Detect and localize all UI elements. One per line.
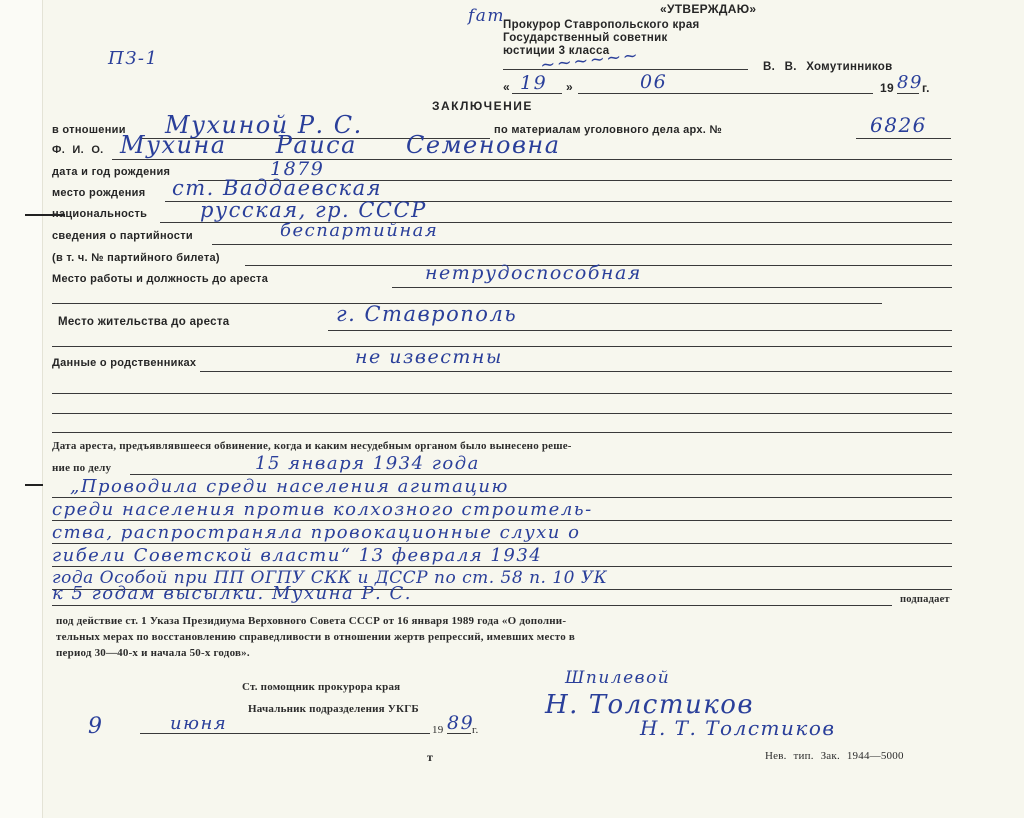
arrest-text-2: среди населения против колхозного строит… (52, 499, 593, 520)
approval-quote-open: « (503, 80, 510, 94)
case-number: 6826 (870, 113, 927, 137)
nationality-label: национальность (52, 208, 147, 220)
birthplace-label: место рождения (52, 187, 145, 199)
regarding-label: в отношении (52, 124, 126, 136)
footer-letter: т (427, 750, 433, 765)
birthdate-label: дата и год рождения (52, 166, 170, 178)
arrest-date: 15 января 1934 года (255, 453, 480, 474)
ukgb-head-name: Н. Т. Толстиков (640, 716, 836, 740)
sign-year-prefix: 19 (432, 724, 443, 736)
corner-note: ПЗ-1 (108, 48, 158, 69)
falls-under: подпадает (900, 594, 950, 605)
ukgb-head-label: Начальник подразделения УКГБ (248, 703, 419, 715)
arrest-text-3: ства, распространяла провокационные слух… (52, 522, 580, 543)
sign-date-month: июня (170, 713, 227, 734)
sign-year-suffix: г. (472, 724, 478, 736)
approval-quote-close: » (566, 80, 573, 94)
arrest-label-1: Дата ареста, предъявлявшееся обвинение, … (52, 440, 572, 452)
work-value: нетрудоспособная (425, 262, 642, 284)
decree-line-1: под действие ст. 1 Указа Президиума Верх… (56, 615, 566, 627)
assistant-prosecutor-label: Ст. помощник прокурора края (242, 681, 400, 693)
approval-month: 06 (640, 71, 667, 93)
work-label: Место работы и должность до ареста (52, 273, 268, 285)
party-value: беспартийная (280, 220, 438, 241)
nationality-value: русская, гр. СССР (200, 198, 427, 222)
relatives-label: Данные о родственниках (52, 357, 196, 369)
assistant-prosecutor-signature: Шпилевой (565, 668, 670, 688)
arrest-text-6: к 5 годам высылки. Мухина Р. С. (52, 583, 412, 604)
arrest-label-2: ние по делу (52, 462, 111, 474)
fio-value: Мухина Раиса Семеновна (120, 131, 561, 159)
party-card-label: (в т. ч. № партийного билета) (52, 252, 220, 264)
approval-line1: Прокурор Ставропольского края (503, 19, 700, 31)
decree-line-2: тельных мерах по восстановлению справедл… (56, 631, 575, 643)
approval-year: 89 (897, 72, 923, 93)
sign-year: 89 (447, 712, 474, 734)
arrest-text-1: „Проводила среди населения агитацию (70, 476, 509, 497)
approval-name: В. В. Хомутинников (763, 61, 892, 73)
approval-initials: fam (468, 6, 505, 26)
residence-value: г. Ставрополь (336, 302, 517, 326)
decree-line-3: период 30—40-х и начала 50-х годов». (56, 647, 250, 659)
approval-title: «УТВЕРЖДАЮ» (660, 2, 756, 16)
relatives-value: не известны (355, 346, 503, 368)
approval-day: 19 (520, 72, 547, 94)
sign-date-day: 9 (88, 714, 104, 739)
fio-label: Ф. И. О. (52, 144, 104, 156)
approval-year-prefix: 19 (880, 81, 894, 95)
print-info: Нев. тип. Зак. 1944—5000 (765, 750, 904, 762)
arrest-text-4: гибели Советской власти“ 13 февраля 1934 (52, 545, 542, 566)
approval-year-suffix: г. (922, 81, 930, 95)
document-title: ЗАКЛЮЧЕНИЕ (432, 99, 533, 113)
birthplace-value: ст. Ваддаевская (172, 176, 382, 200)
party-label: сведения о партийности (52, 230, 193, 242)
approval-line2: Государственный советник (503, 32, 668, 44)
residence-label: Место жительства до ареста (58, 316, 230, 328)
